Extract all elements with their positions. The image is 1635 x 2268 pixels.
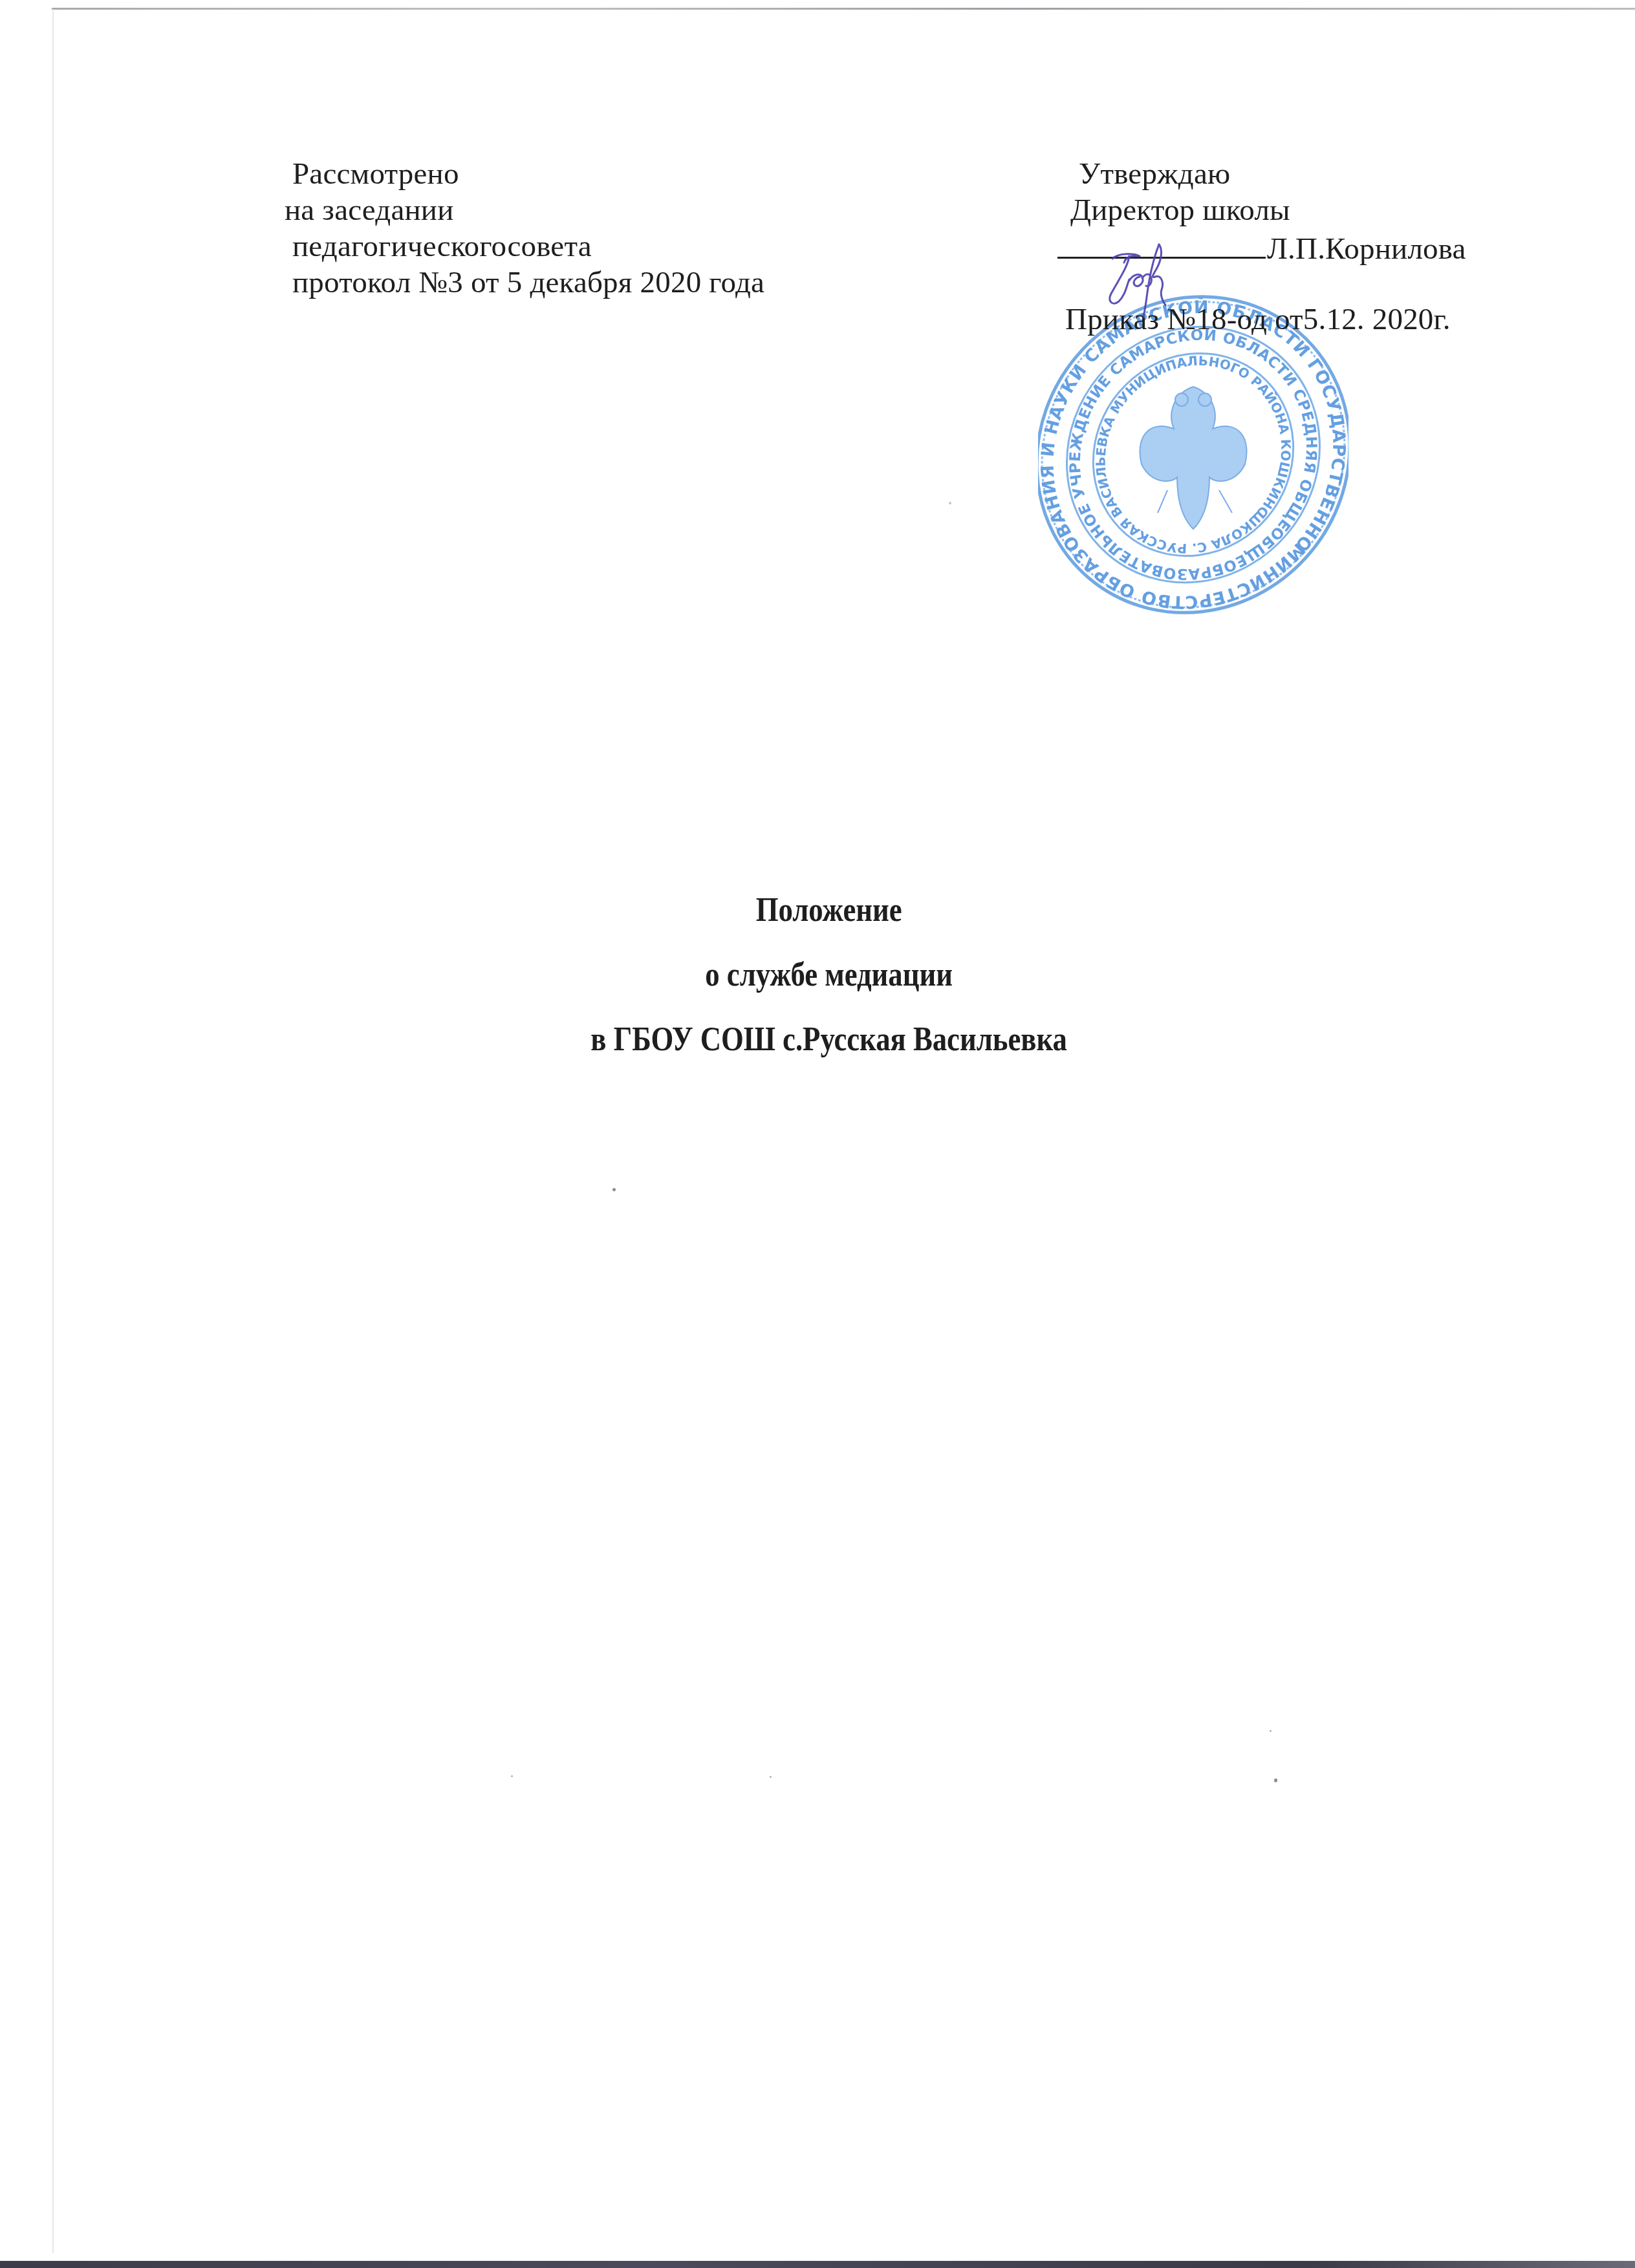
scan-speck <box>511 1775 513 1777</box>
scan-edge-left <box>52 9 54 2253</box>
scan-speck <box>949 502 951 504</box>
signatory-name: Л.П.Корнилова <box>1267 232 1466 266</box>
scan-speck <box>770 1776 772 1778</box>
considered-label: Рассмотрено <box>292 156 459 192</box>
scan-edge-top <box>52 8 1635 10</box>
official-seal-icon: МИНИСТЕРСТВО ОБРАЗОВАНИЯ И НАУКИ САМАРСК… <box>1038 290 1348 620</box>
handwritten-signature-icon <box>1099 241 1190 318</box>
scan-speck <box>1270 1730 1272 1732</box>
scan-speck <box>612 1188 616 1191</box>
title-line-3: в ГБОУ СОШ с.Русская Васильевка <box>126 1021 1532 1059</box>
council-label: педагогическогосовета <box>292 228 592 265</box>
title-line-2: о службе медиации <box>126 956 1532 995</box>
meeting-label: на заседании <box>285 192 454 228</box>
approve-label: Утверждаю <box>1079 156 1230 192</box>
scan-speck <box>1274 1778 1277 1782</box>
director-title: Директор школы <box>1070 192 1290 228</box>
scan-edge-bottom <box>0 2261 1635 2268</box>
title-line-1: Положение <box>126 891 1532 930</box>
protocol-reference: протокол №3 от 5 декабря 2020 года <box>292 265 764 301</box>
